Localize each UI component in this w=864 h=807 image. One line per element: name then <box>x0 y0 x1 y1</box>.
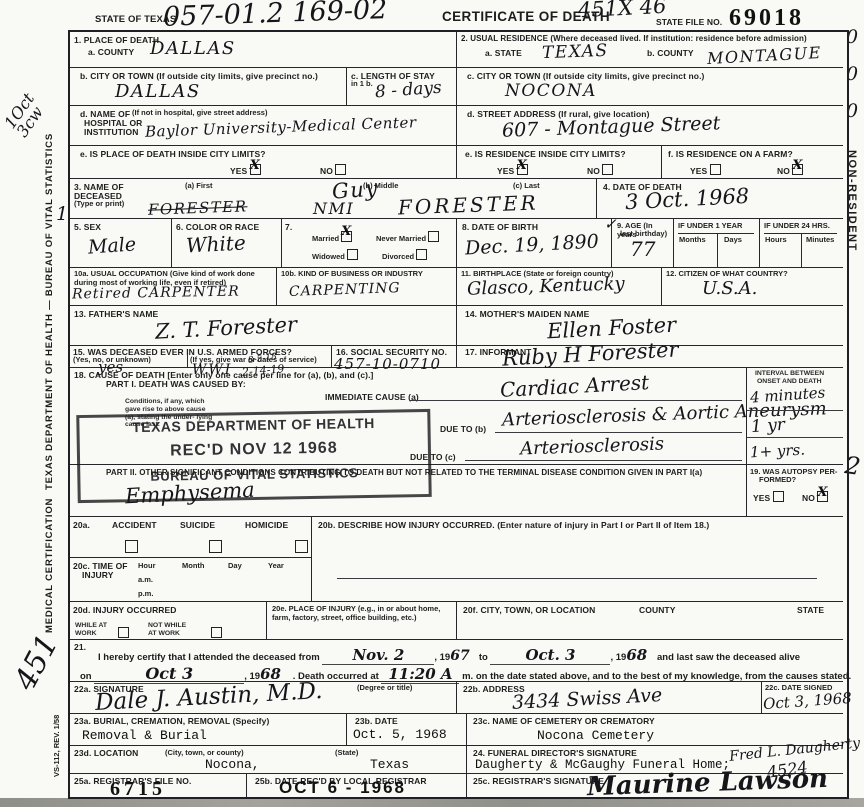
field-citizen: 12. CITIZEN OF WHAT COUNTRY? U.S.A. <box>662 268 843 306</box>
location-state-sublabel: (State) <box>335 749 358 758</box>
residence-limits-no-checkbox <box>602 164 613 175</box>
armed-forces-divider <box>187 355 188 368</box>
cert-to-year: 68 <box>626 646 654 664</box>
field-length-of-stay: c. LENGTH OF STAY in 1 b. 8 - days <box>347 68 457 106</box>
day-label: Day <box>228 562 242 571</box>
field-residence-city-limits: e. IS RESIDENCE INSIDE CITY LIMITS? YES … <box>457 146 662 179</box>
dob-value: Dec. 19, 1890 <box>465 231 600 260</box>
length-of-stay-sublabel: in 1 b. <box>351 80 373 89</box>
age-checkmark: ✓ <box>604 215 617 233</box>
state-file-no-label: STATE FILE NO. <box>656 17 722 27</box>
county-label: a. COUNTY <box>88 47 134 57</box>
autopsy-no-checkbox: X <box>817 491 828 502</box>
homicide-label: HOMICIDE <box>245 520 288 530</box>
describe-injury-ruled-line <box>337 578 817 579</box>
hospital-label3: INSTITUTION <box>84 127 138 137</box>
field-kind-of-business: 10b. KIND OF BUSINESS OR INDUSTRY CARPEN… <box>277 268 457 306</box>
dob-label: 8. DATE OF BIRTH <box>462 222 538 232</box>
cert-to-date: Oct. 3 <box>490 646 610 665</box>
citizen-value: U.S.A. <box>702 278 757 299</box>
cause-a-value: Cardiac Arrest <box>499 370 649 402</box>
fathers-name-label: 13. FATHER'S NAME <box>74 309 158 319</box>
field-usual-occupation: 10a. USUAL OCCUPATION (Give kind of work… <box>70 268 277 306</box>
cemetery-value: Nocona Cemetery <box>537 728 654 743</box>
field-physician-signature: 22a. SIGNATURE (Degree or title) Dale J.… <box>70 682 457 714</box>
field-date-signed: 22c. DATE SIGNED Oct 3, 1968 <box>762 682 843 714</box>
place-of-injury-label: 20e. PLACE OF INJURY (e.g., in or about … <box>272 605 450 622</box>
field-describe-injury: 20b. DESCRIBE HOW INJURY OCCURRED. (Ente… <box>312 517 843 558</box>
residence-county-value: MONTAGUE <box>707 43 823 68</box>
middle-name-value: NMI <box>313 199 354 218</box>
location-city-value: Nocona, <box>205 757 260 772</box>
autopsy-yes-checkbox <box>773 491 784 502</box>
armed-forces-war: W.W.I <box>192 362 230 378</box>
while-at-work-label: WHILE AT WORK <box>75 622 113 638</box>
field-date-of-death: 4. DATE OF DEATH 3 Oct. 1968 <box>597 179 843 219</box>
first-name-label: (a) First <box>185 182 213 191</box>
death-limits-no: NO <box>320 164 346 176</box>
margin-handwritten-451: 451 <box>8 629 66 696</box>
injury-state-label: STATE <box>797 605 824 615</box>
armed-forces-value: yes <box>98 358 123 376</box>
field-time-of-injury: 20c. TIME OF INJURY Hour Month Day Year … <box>70 558 312 602</box>
accident-checkbox <box>125 540 138 553</box>
cert-lastseen-date: Oct 3 <box>94 664 244 684</box>
cause-c-underline <box>465 460 742 461</box>
residence-county-label: b. COUNTY <box>647 48 694 58</box>
race-label: 6. COLOR OR RACE <box>176 222 259 232</box>
last-name-value: FORESTER <box>398 191 539 220</box>
time-of-injury-label2: INJURY <box>82 570 113 580</box>
field-interval-column: INTERVAL BETWEEN ONSET AND DEATH 4 minut… <box>747 368 843 465</box>
stamp-line1: TEXAS DEPARTMENT OF HEALTH <box>79 414 427 436</box>
field-informant: 17. INFORMANT Ruby H Forester <box>457 346 843 368</box>
farm-yes-checkbox <box>710 164 721 175</box>
field-accident-suicide-homicide: 20a. ACCIDENT SUICIDE HOMICIDE <box>70 517 312 558</box>
residence-limits-no: NO <box>587 164 613 176</box>
hour-label: Hour <box>138 562 156 571</box>
cert-line2: on Oct 3, 1968 . Death occurred at 11:20… <box>80 664 840 684</box>
field-sex: 5. SEX Male <box>70 219 172 268</box>
death-city-limits-label: e. IS PLACE OF DEATH INSIDE CITY LIMITS? <box>80 149 266 159</box>
burial-date-value: Oct. 5, 1968 <box>353 727 447 742</box>
part1-label: PART I. DEATH WAS CAUSED BY: <box>106 379 246 389</box>
marital-never: Never Married <box>376 231 439 244</box>
under-1-year-label: IF UNDER 1 YEAR <box>678 222 754 234</box>
margin-note-top: 1Oct 3cw <box>2 91 49 140</box>
occupation-value: Retired CARPENTER <box>72 284 240 303</box>
fathers-name-value: Z. T. Forester <box>154 312 297 343</box>
residence-city-value: NOCONA <box>505 81 597 101</box>
field-date-received: 25b. DATE REC'D BY LOCAL REGISTRAR OCT 6… <box>247 774 467 797</box>
city-label: b. CITY OR TOWN (If outside city limits,… <box>80 71 318 81</box>
death-limits-yes: YES X <box>230 164 261 176</box>
cert-line1: I hereby certify that I attended the dec… <box>98 646 838 665</box>
age-value: 77 <box>630 237 655 261</box>
cemetery-label: 23c. NAME OF CEMETERY OR CREMATORY <box>473 716 655 726</box>
field-registrar-signature: 25c. REGISTRAR'S SIGNATURE Maurine Lawso… <box>467 774 843 797</box>
crossed-out-name: FORESTER <box>148 197 248 218</box>
interval-c-value: 1+ yrs. <box>750 441 806 462</box>
while-at-work-checkbox <box>118 627 129 638</box>
certificate-form: 1. PLACE OF DEATH a. COUNTY DALLAS 2. US… <box>68 30 849 799</box>
ssn-value: 457-10-0710 <box>334 355 441 373</box>
date-of-death-value: 3 Oct. 1968 <box>624 184 749 214</box>
margin-mark-one: 1 <box>56 203 68 225</box>
married-checkbox: X <box>341 231 352 242</box>
margin-dept-vertical-text: TEXAS DEPARTMENT OF HEALTH — BUREAU OF V… <box>44 130 55 490</box>
widowed-checkbox <box>347 249 358 260</box>
autopsy-yes: YES <box>753 491 784 503</box>
cert-num: 21. <box>74 642 86 652</box>
burial-date-label: 23b. DATE <box>355 716 398 726</box>
injury-occurred-label: 20d. INJURY OCCURRED <box>73 605 177 615</box>
birthplace-value: Glasco, Kentucky <box>467 273 625 299</box>
injury-county-label: COUNTY <box>639 605 676 615</box>
farm-no-checkbox: X <box>792 164 803 175</box>
registrar-signature-label: 25c. REGISTRAR'S SIGNATURE <box>473 776 604 786</box>
autopsy-no: NO X <box>802 491 828 503</box>
stamp-line2: REC'D NOV 12 1968 <box>80 438 428 462</box>
length-of-stay-value: 8 - days <box>374 78 442 103</box>
never-married-checkbox <box>428 231 439 242</box>
farm-no: NO X <box>777 164 803 176</box>
residence-limits-yes: YES X <box>497 164 528 176</box>
not-while-at-work-checkbox <box>211 627 222 638</box>
interval-header-line1: INTERVAL BETWEEN <box>755 370 824 378</box>
death-limits-no-checkbox <box>335 164 346 175</box>
immediate-cause-label: IMMEDIATE CAUSE (a) <box>325 392 419 402</box>
field-armed-forces: 15. WAS DECEASED EVER IN U.S. ARMED FORC… <box>70 346 332 368</box>
marital-widowed: Widowed <box>312 249 358 262</box>
months-label: Months <box>679 236 706 245</box>
field-injury-location: 20f. CITY, TOWN, OR LOCATION COUNTY STAT… <box>457 602 843 640</box>
hours-minutes-divider <box>801 233 802 268</box>
burial-label: 23a. BURIAL, CREMATION, REMOVAL (Specify… <box>74 716 269 726</box>
physician-address-value: 3434 Swiss Ave <box>512 684 663 714</box>
field-certification-statement: 21. I hereby certify that I attended the… <box>70 640 843 682</box>
field-place-of-injury: 20e. PLACE OF INJURY (e.g., in or about … <box>267 602 457 640</box>
residence-city-label: c. CITY OR TOWN (If outside city limits,… <box>467 71 704 81</box>
divorced-checkbox <box>416 249 427 260</box>
field-registrar-file-no: 25a. REGISTRAR'S FILE NO. 6715 <box>70 774 247 797</box>
date-signed-value: Oct 3, 1968 <box>762 689 852 713</box>
last-name-label: (c) Last <box>513 182 540 191</box>
form-code-vertical: VS-112, REV. 1/58 <box>52 692 61 777</box>
under-24-hrs-label: IF UNDER 24 HRS. <box>764 222 837 234</box>
name-label3: (Type or print) <box>74 200 124 209</box>
field-usual-residence: 2. USUAL RESIDENCE (Where deceased lived… <box>457 32 843 68</box>
homicide-checkbox <box>295 540 308 553</box>
field-marital-status: 7. Married X Never Married Widowed Divor… <box>282 219 457 268</box>
residence-state-label: a. STATE <box>485 48 522 58</box>
field-city-or-town: b. CITY OR TOWN (If outside city limits,… <box>70 68 347 106</box>
race-value: White <box>185 230 246 257</box>
city-value: DALLAS <box>115 81 201 102</box>
death-limits-yes-checkbox: X <box>250 164 261 175</box>
cause-c-value: Arteriosclerosis <box>520 433 665 459</box>
field-describe-injury-blank <box>312 558 843 602</box>
marital-married: Married X <box>312 231 352 244</box>
field-cause-of-death: 18. CAUSE OF DEATH [Enter only one cause… <box>70 368 747 465</box>
handwritten-district-code: 057-01.2 169-02 <box>163 0 388 33</box>
field-residence-farm: f. IS RESIDENCE ON A FARM? YES NO X <box>662 146 843 179</box>
burial-value: Removal & Burial <box>82 728 207 743</box>
months-days-divider <box>717 233 718 268</box>
part2-value: Emphysema <box>124 478 255 509</box>
not-while-at-work-label: NOT WHILE AT WORK <box>148 622 190 638</box>
field-date-of-birth: 8. DATE OF BIRTH Dec. 19, 1890 <box>457 219 612 268</box>
field-place-of-death: 1. PLACE OF DEATH a. COUNTY DALLAS <box>70 32 457 68</box>
residence-limits-label: e. IS RESIDENCE INSIDE CITY LIMITS? <box>465 149 626 159</box>
margin-medical-certification-text: MEDICAL CERTIFICATION <box>44 498 55 633</box>
location-state-value: Texas <box>370 757 409 772</box>
state-file-number: 69018 <box>729 5 804 32</box>
cert-from-date: Nov. 2 <box>322 646 434 665</box>
field-color-or-race: 6. COLOR OR RACE White <box>172 219 282 268</box>
business-label: 10b. KIND OF BUSINESS OR INDUSTRY <box>281 270 423 279</box>
handwritten-file-note: 451X 46 <box>577 0 667 22</box>
business-value: CARPENTING <box>289 280 401 300</box>
field-injury-occurred: 20d. INJURY OCCURRED WHILE AT WORK NOT W… <box>70 602 267 640</box>
death-certificate-scan: STATE OF TEXAS 057-01.2 169-02 CERTIFICA… <box>0 0 864 807</box>
sex-value: Male <box>87 233 137 258</box>
suicide-checkbox <box>209 540 222 553</box>
cause-b-underline <box>495 432 742 433</box>
days-label: Days <box>724 236 742 245</box>
marital-divorced: Divorced <box>382 249 427 262</box>
date-received-stamp: OCT 6 - 1968 <box>279 778 406 798</box>
injury-city-label: 20f. CITY, TOWN, OR LOCATION <box>463 605 595 615</box>
hospital-paren-label: (If not in hospital, give street address… <box>132 109 267 118</box>
field-part2-conditions: PART II. OTHER SIGNIFICANT CONDITIONS CO… <box>70 465 747 517</box>
part2-title: PART II. OTHER SIGNIFICANT CONDITIONS CO… <box>106 468 736 478</box>
year-label: Year <box>268 562 284 571</box>
autopsy-label-line2: FORMED? <box>759 476 796 485</box>
place-of-death-label: 1. PLACE OF DEATH <box>74 35 159 45</box>
suicide-label: SUICIDE <box>180 520 215 530</box>
marital-num: 7. <box>285 222 292 232</box>
location-label: 23d. LOCATION <box>74 748 138 758</box>
residence-limits-yes-checkbox: X <box>517 164 528 175</box>
residence-state-value: TEXAS <box>542 41 609 63</box>
cert-from-year: 67 <box>450 648 476 664</box>
degree-or-title-label: (Degree or title) <box>357 684 412 693</box>
field-20a-num: 20a. <box>73 520 90 530</box>
interval-divider-2 <box>747 437 843 438</box>
field-burial-location: 23d. LOCATION (City, town, or county) (S… <box>70 746 467 774</box>
sex-label: 5. SEX <box>74 222 101 232</box>
field-physician-address: 22b. ADDRESS 3434 Swiss Ave <box>457 682 762 714</box>
interval-divider-1 <box>747 410 843 411</box>
month-label: Month <box>182 562 205 571</box>
interval-a-value: 4 minutes <box>749 383 825 406</box>
field-residence-city: c. CITY OR TOWN (If outside city limits,… <box>457 68 843 106</box>
field-cemetery-name: 23c. NAME OF CEMETERY OR CREMATORY Nocon… <box>467 714 843 746</box>
field-death-city-limits: e. IS PLACE OF DEATH INSIDE CITY LIMITS?… <box>70 146 457 179</box>
county-value: DALLAS <box>150 38 236 59</box>
field-autopsy: 19. WAS AUTOPSY PER- FORMED? YES NO X <box>747 465 843 517</box>
minutes-label: Minutes <box>806 236 834 245</box>
due-to-b-label: DUE TO (b) <box>440 424 486 434</box>
farm-yes: YES <box>690 164 721 176</box>
field-if-under-24-hrs: IF UNDER 24 HRS. Hours Minutes <box>760 219 843 268</box>
pm-label: p.m. <box>138 590 153 599</box>
field-hospital-name: d. NAME OF (If not in hospital, give str… <box>70 106 457 146</box>
field-name-of-deceased: 3. NAME OF DECEASED (Type or print) (a) … <box>70 179 597 219</box>
field-street-address: d. STREET ADDRESS (If rural, give locati… <box>457 106 843 146</box>
usual-residence-label: 2. USUAL RESIDENCE (Where deceased lived… <box>461 34 807 44</box>
field-fathers-name: 13. FATHER'S NAME Z. T. Forester <box>70 306 457 346</box>
am-label: a.m. <box>138 576 153 585</box>
funeral-director-label: 24. FUNERAL DIRECTOR'S SIGNATURE <box>473 748 637 758</box>
cause-a-underline <box>410 400 742 401</box>
farm-label: f. IS RESIDENCE ON A FARM? <box>668 149 793 159</box>
describe-injury-label: 20b. DESCRIBE HOW INJURY OCCURRED. (Ente… <box>318 520 833 530</box>
field-if-under-1-year: IF UNDER 1 YEAR Months Days <box>674 219 760 268</box>
registrar-file-value: 6715 <box>110 778 166 801</box>
hours-label: Hours <box>765 236 787 245</box>
field-burial-type: 23a. BURIAL, CREMATION, REMOVAL (Specify… <box>70 714 347 746</box>
field-age: ✓ 9. AGE (In years last birthday) 77 <box>612 219 674 268</box>
accident-label: ACCIDENT <box>112 520 157 530</box>
field-burial-date: 23b. DATE Oct. 5, 1968 <box>347 714 467 746</box>
field-birthplace: 11. BIRTHPLACE (State or foreign country… <box>457 268 662 306</box>
interval-b-value: 1 yr <box>750 415 785 437</box>
field-social-security: 16. SOCIAL SECURITY NO. 457-10-0710 <box>332 346 457 368</box>
